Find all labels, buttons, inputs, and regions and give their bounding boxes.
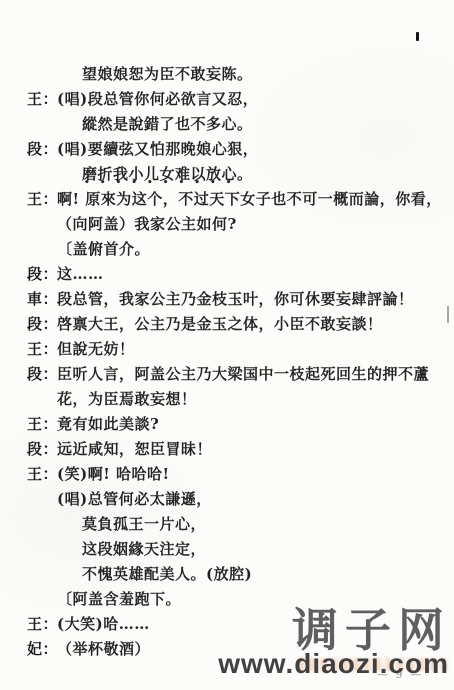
line-text: 莫負孤王一片心，	[82, 515, 206, 533]
script-line: 望娘娘恕为臣不敢妄陈。	[0, 64, 454, 89]
line-text: 〔阿盖含羞跑下。	[57, 590, 181, 608]
line-text: 段总管，我家公主乃金枝玉叶，你可休要妄肆評論！	[57, 290, 414, 308]
line-text: (大笑)哈……	[57, 615, 150, 633]
speaker-label: 王：	[27, 464, 57, 485]
speaker-label: 王：	[27, 614, 57, 635]
script-line: （向阿盖）我家公主如何?	[0, 214, 454, 239]
scan-artifact-mark	[416, 32, 419, 41]
line-text: 啊! 原來为这个，不过天下女子也不可一概而論，你看，	[57, 190, 442, 208]
script-line: 王：啊! 原來为这个，不过天下女子也不可一概而論，你看，	[0, 189, 454, 214]
line-text: 远近咸知，恕臣冒昧！	[57, 440, 212, 458]
speaker-label: 段：	[27, 364, 57, 385]
line-text: 这段姻緣天注定，	[82, 540, 206, 558]
speaker-label: 妃：	[27, 639, 57, 660]
script-line: 王：但說无妨！	[0, 339, 454, 364]
speaker-label: 王：	[27, 414, 57, 435]
script-line: 段：啓禀大王，公主乃是金玉之体，小臣不敢妄談！	[0, 314, 454, 339]
line-text: (笑)啊! 哈哈哈!	[57, 465, 170, 483]
script-line: 段：臣听人言，阿盖公主乃大梁国中一枝起死回生的押不蘆	[0, 364, 454, 389]
watermark-site-name: 调子网	[292, 606, 451, 654]
speaker-label: 王：	[27, 89, 57, 110]
line-text: （向阿盖）我家公主如何?	[57, 215, 237, 233]
line-text: 〔盖俯首介。	[57, 240, 150, 258]
script-line: 〔盖俯首介。	[0, 239, 454, 264]
script-line: 車：段总管，我家公主乃金枝玉叶，你可休要妄肆評論！	[0, 289, 454, 314]
line-text: 縱然是說錯了也不多心。	[82, 115, 253, 133]
speaker-label: 王：	[27, 339, 57, 360]
script-line: 段：远近咸知，恕臣冒昧！	[0, 439, 454, 464]
line-text: 啓禀大王，公主乃是金玉之体，小臣不敢妄談！	[57, 315, 383, 333]
script-line: 这段姻緣天注定，	[0, 539, 454, 564]
script-line: 不愧英雄配美人。(放腔)	[0, 564, 454, 589]
script-text-block: 望娘娘恕为臣不敢妄陈。王：(唱)段总管你何必欲言又忍，縱然是說錯了也不多心。段：…	[0, 64, 454, 664]
line-text: (唱)段总管你何必欲言又忍，	[57, 90, 258, 108]
line-text: （举杯敬酒）	[57, 640, 150, 658]
speaker-label: 段：	[27, 264, 57, 285]
speaker-label: 段：	[27, 314, 57, 335]
line-text: (唱)总管何必太謙遜，	[57, 490, 212, 508]
line-text: 望娘娘恕为臣不敢妄陈。	[82, 65, 253, 83]
speaker-label: 段：	[27, 439, 57, 460]
scan-artifact-line	[447, 306, 449, 323]
emphasis-dots: ••••••••••	[84, 179, 242, 188]
line-text: 不愧英雄配美人。(放腔)	[82, 565, 252, 583]
script-line: 縱然是說錯了也不多心。	[0, 114, 454, 139]
script-line: 磨折我小儿女难以放心。••••••••••	[0, 164, 454, 189]
script-line: 王：(笑)啊! 哈哈哈!	[0, 464, 454, 489]
line-text: 这……	[57, 265, 104, 283]
script-line: 段：这……	[0, 264, 454, 289]
script-line: 王：竟有如此美談?	[0, 414, 454, 439]
scanned-script-page: 望娘娘恕为臣不敢妄陈。王：(唱)段总管你何必欲言又忍，縱然是說錯了也不多心。段：…	[0, 0, 454, 690]
line-text: 但說无妨！	[57, 340, 135, 358]
line-text: 花，为臣焉敢妄想！	[57, 390, 197, 408]
line-text: (唱)要續弦又怕那晚娘心狠，	[57, 140, 258, 158]
script-line: 段：(唱)要續弦又怕那晚娘心狠，	[0, 139, 454, 164]
script-line: 莫負孤王一片心，	[0, 514, 454, 539]
script-line: 王：(唱)段总管你何必欲言又忍，	[0, 89, 454, 114]
watermark-site-url: www.diaozi.com	[218, 649, 449, 679]
speaker-label: 車：	[27, 289, 57, 310]
line-text: 臣听人言，阿盖公主乃大梁国中一枝起死回生的押不蘆	[57, 365, 429, 383]
script-line: 花，为臣焉敢妄想！	[0, 389, 454, 414]
line-text: 竟有如此美談?	[57, 415, 159, 433]
script-line: (唱)总管何必太謙遜，	[0, 489, 454, 514]
speaker-label: 王：	[27, 189, 57, 210]
speaker-label: 段：	[27, 139, 57, 160]
